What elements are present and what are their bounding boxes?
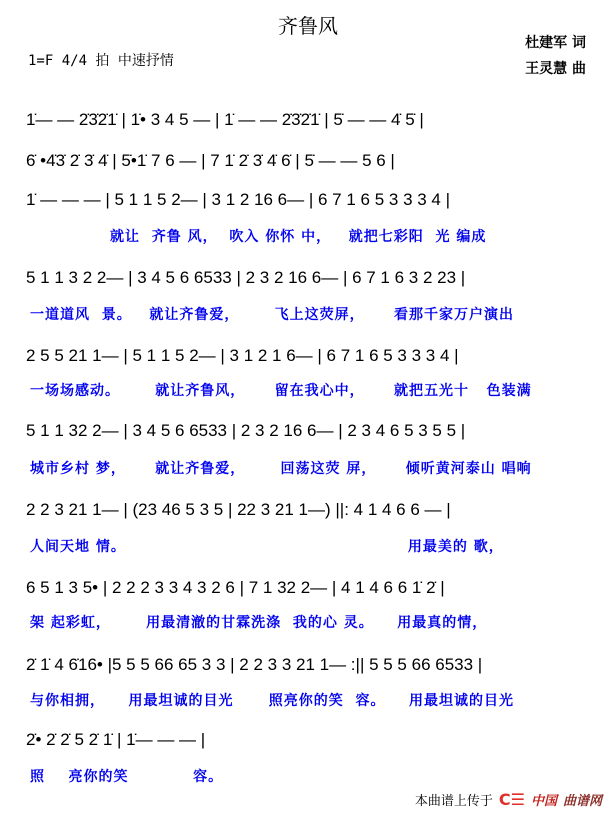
lyric-line-8: 照 亮你的笑 容。 — [30, 766, 223, 786]
score-line-9: 2̇ 1̇ 4 6̇16• |5 5 5 66 65 3 3 | 2 2 3 3… — [26, 649, 482, 675]
score-line-2: 6̇ •4̇3̇ 2̇ 3̇ 4̇ | 5̇•1̇ 7 6 — | 7 1̇ 2… — [26, 145, 395, 171]
site-logo-text-a: 中国 — [531, 790, 557, 809]
key-tempo-marking: 1=F 4/4 拍 中速抒情 — [28, 50, 174, 70]
lyric-line-5: 人间天地 情。 用最美的 歌， — [30, 536, 504, 556]
score-line-4: 5 1 1 3 2 2— | 3 4 5 6 6533 | 2 3 2 16 6… — [26, 262, 465, 288]
site-logo-icon: C☰ — [499, 790, 525, 809]
site-logo-text-b: 曲谱网 — [563, 790, 602, 809]
score-line-6: 5 1 1 32 2— | 3 4 5 6 6533 | 2 3 2 16 6—… — [26, 415, 465, 441]
upload-text: 本曲谱上传于 — [415, 790, 493, 809]
song-title: 齐鲁风 — [0, 10, 616, 39]
lyric-line-3: 一场场感动。 就让齐鲁风， 留在我心中， 就把五光十 色装满 — [30, 380, 532, 400]
score-line-8: 6 5 1 3 5• | 2 2 2 3 3 4 3 2 6 | 7 1 32 … — [26, 572, 445, 598]
lyric-line-7: 与你相拥， 用最坦诚的目光 照亮你的笑 容。 用最坦诚的目光 — [30, 690, 514, 710]
lyric-line-6: 架 起彩虹， 用最清澈的甘霖洗涤 我的心 灵。 用最真的情， — [30, 612, 487, 632]
score-line-10: 2̇• 2̇ 2̇ 5 2̇ 1̇ | 1̇— — — | — [26, 724, 205, 750]
composer-credit: 王灵慧 曲 — [525, 58, 586, 78]
score-line-7: 2 2 3 21 1— | (23 46 5 3 5 | 22 3 21 1—)… — [26, 494, 451, 520]
lyric-line-2: 一道道风 景。 就让齐鲁爱， 飞上这荧屏， 看那千家万户演出 — [30, 304, 514, 324]
score-line-3: 1̇ — — — | 5 1 1 5 2— | 3 1 2 16 6— | 6 … — [26, 184, 450, 210]
score-line-5: 2 5 5 21 1— | 5 1 1 5 2— | 3 1 2 1 6— | … — [26, 340, 459, 366]
lyric-line-1: 就让 齐鲁 风， 吹入 你怀 中， 就把七彩阳 光 编成 — [110, 226, 486, 246]
lyric-line-4: 城市乡村 梦， 就让齐鲁爱， 回荡这荧 屏， 倾听黄河泰山 唱响 — [30, 458, 532, 478]
upload-footer: 本曲谱上传于 C☰ 中国曲谱网 — [415, 790, 602, 809]
lyricist-credit: 杜建军 词 — [525, 32, 586, 52]
score-line-1: 1̇— — 2̇3̇2̇1̇ | 1̇• 3 4 5 — | 1̇ — — 2̇… — [26, 104, 424, 130]
